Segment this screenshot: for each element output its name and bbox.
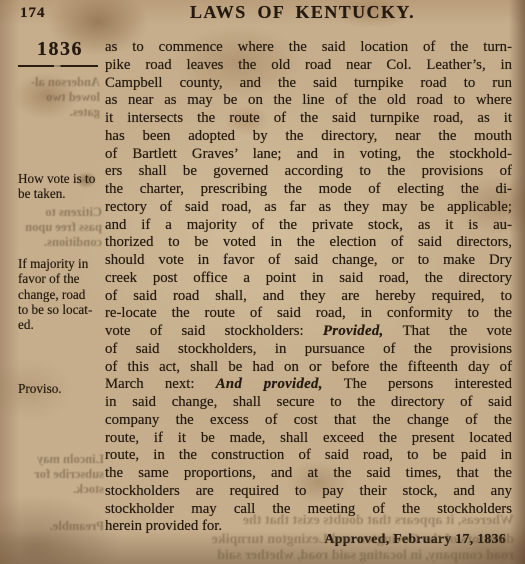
bleedthrough-text: Preamble. [16, 519, 104, 534]
page-number: 174 [20, 5, 46, 22]
body-line: it intersects the route of the said turn… [105, 110, 512, 128]
bleedthrough-text: Anderson al- [16, 75, 100, 90]
body-line: Campbell county, and the said turnpike r… [105, 75, 512, 93]
approval-line: Approved, February 17, 1836 [106, 531, 506, 547]
year-rule [18, 65, 98, 67]
body-line: should vote in favor of said change, or … [105, 252, 512, 270]
body-line: of Bartlett Graves’ lane; and in voting,… [105, 146, 512, 164]
year-label: 1836 [37, 38, 83, 61]
body-line: vote of said stockholders: Provided, Tha… [105, 323, 512, 341]
margin-note: Proviso. [18, 381, 112, 396]
bleedthrough-text: Lincoln may [10, 452, 104, 467]
bleedthrough-text: gates. [16, 105, 100, 120]
body-line: route, in the construction of said road,… [105, 447, 512, 465]
bleedthrough-text: road company, in locating said road, whe… [112, 548, 514, 564]
margin-note-line: How vote is to [18, 171, 112, 186]
running-title: LAWS OF KENTUCKY. [150, 2, 455, 23]
margin-note-line: change, road [18, 287, 112, 302]
body-line: has been adopted by the directory, near … [105, 128, 512, 146]
body-line: rectory of said road, as far as they may… [105, 199, 512, 217]
body-line: stockholder may call the meeting of the … [105, 501, 512, 519]
body-line: route, if it be made, shall exceed the p… [105, 430, 512, 448]
bleedthrough-text: Citizens to [14, 205, 102, 220]
body-line: and if a majority of the private stock, … [105, 217, 512, 235]
body-line: of said stockholders, in pursuance of th… [105, 341, 512, 359]
margin-note: How vote is tobe taken. [18, 171, 112, 202]
body-line: as near as may be on the line of the old… [105, 92, 512, 110]
body-line: the charter, prescribing the mode of ele… [105, 181, 512, 199]
margin-note-line: Proviso. [18, 381, 112, 396]
scanned-book-page: 174 LAWS OF KENTUCKY. 1836 How vote is t… [0, 0, 525, 564]
body-line: March next: And provided, The persons in… [105, 376, 512, 394]
margin-note-line: favor of the [18, 271, 112, 286]
bleedthrough-text: subscribe for [10, 467, 104, 482]
margin-note-line: If majority in [18, 256, 112, 271]
body-line: as to commence where the said location o… [105, 39, 512, 57]
body-line: in said change, shall secure to the dire… [105, 394, 512, 412]
body-text: as to commence where the said location o… [105, 39, 512, 536]
margin-note-line: to be so locat- [18, 302, 112, 317]
body-line: thorized to be voted in the election of … [105, 234, 512, 252]
body-line: stockholders are required to pay their s… [105, 483, 512, 501]
body-line: re-locate the route of said road, in con… [105, 305, 512, 323]
margin-note-line: be taken. [18, 186, 112, 201]
bleedthrough-text: stock. [10, 482, 104, 497]
body-line: creek post office a point in said road, … [105, 270, 512, 288]
body-line: of this act, shall be had on or before t… [105, 359, 512, 377]
body-line: pike road leaves the old road near Col. … [105, 57, 512, 75]
margin-note-line: ed. [18, 317, 112, 332]
bleedthrough-text: lowed two [16, 90, 100, 105]
body-line: of said road shall, and they are hereby … [105, 288, 512, 306]
bleedthrough-text: pass free upon [14, 220, 102, 235]
body-line: company the excess of cost that the chan… [105, 412, 512, 430]
body-line: ers shall be governed according to the p… [105, 163, 512, 181]
body-line: the same proportions, and at the said ti… [105, 465, 512, 483]
margin-note: If majority infavor of thechange, roadto… [18, 256, 112, 332]
bleedthrough-text: conditions. [14, 235, 102, 250]
